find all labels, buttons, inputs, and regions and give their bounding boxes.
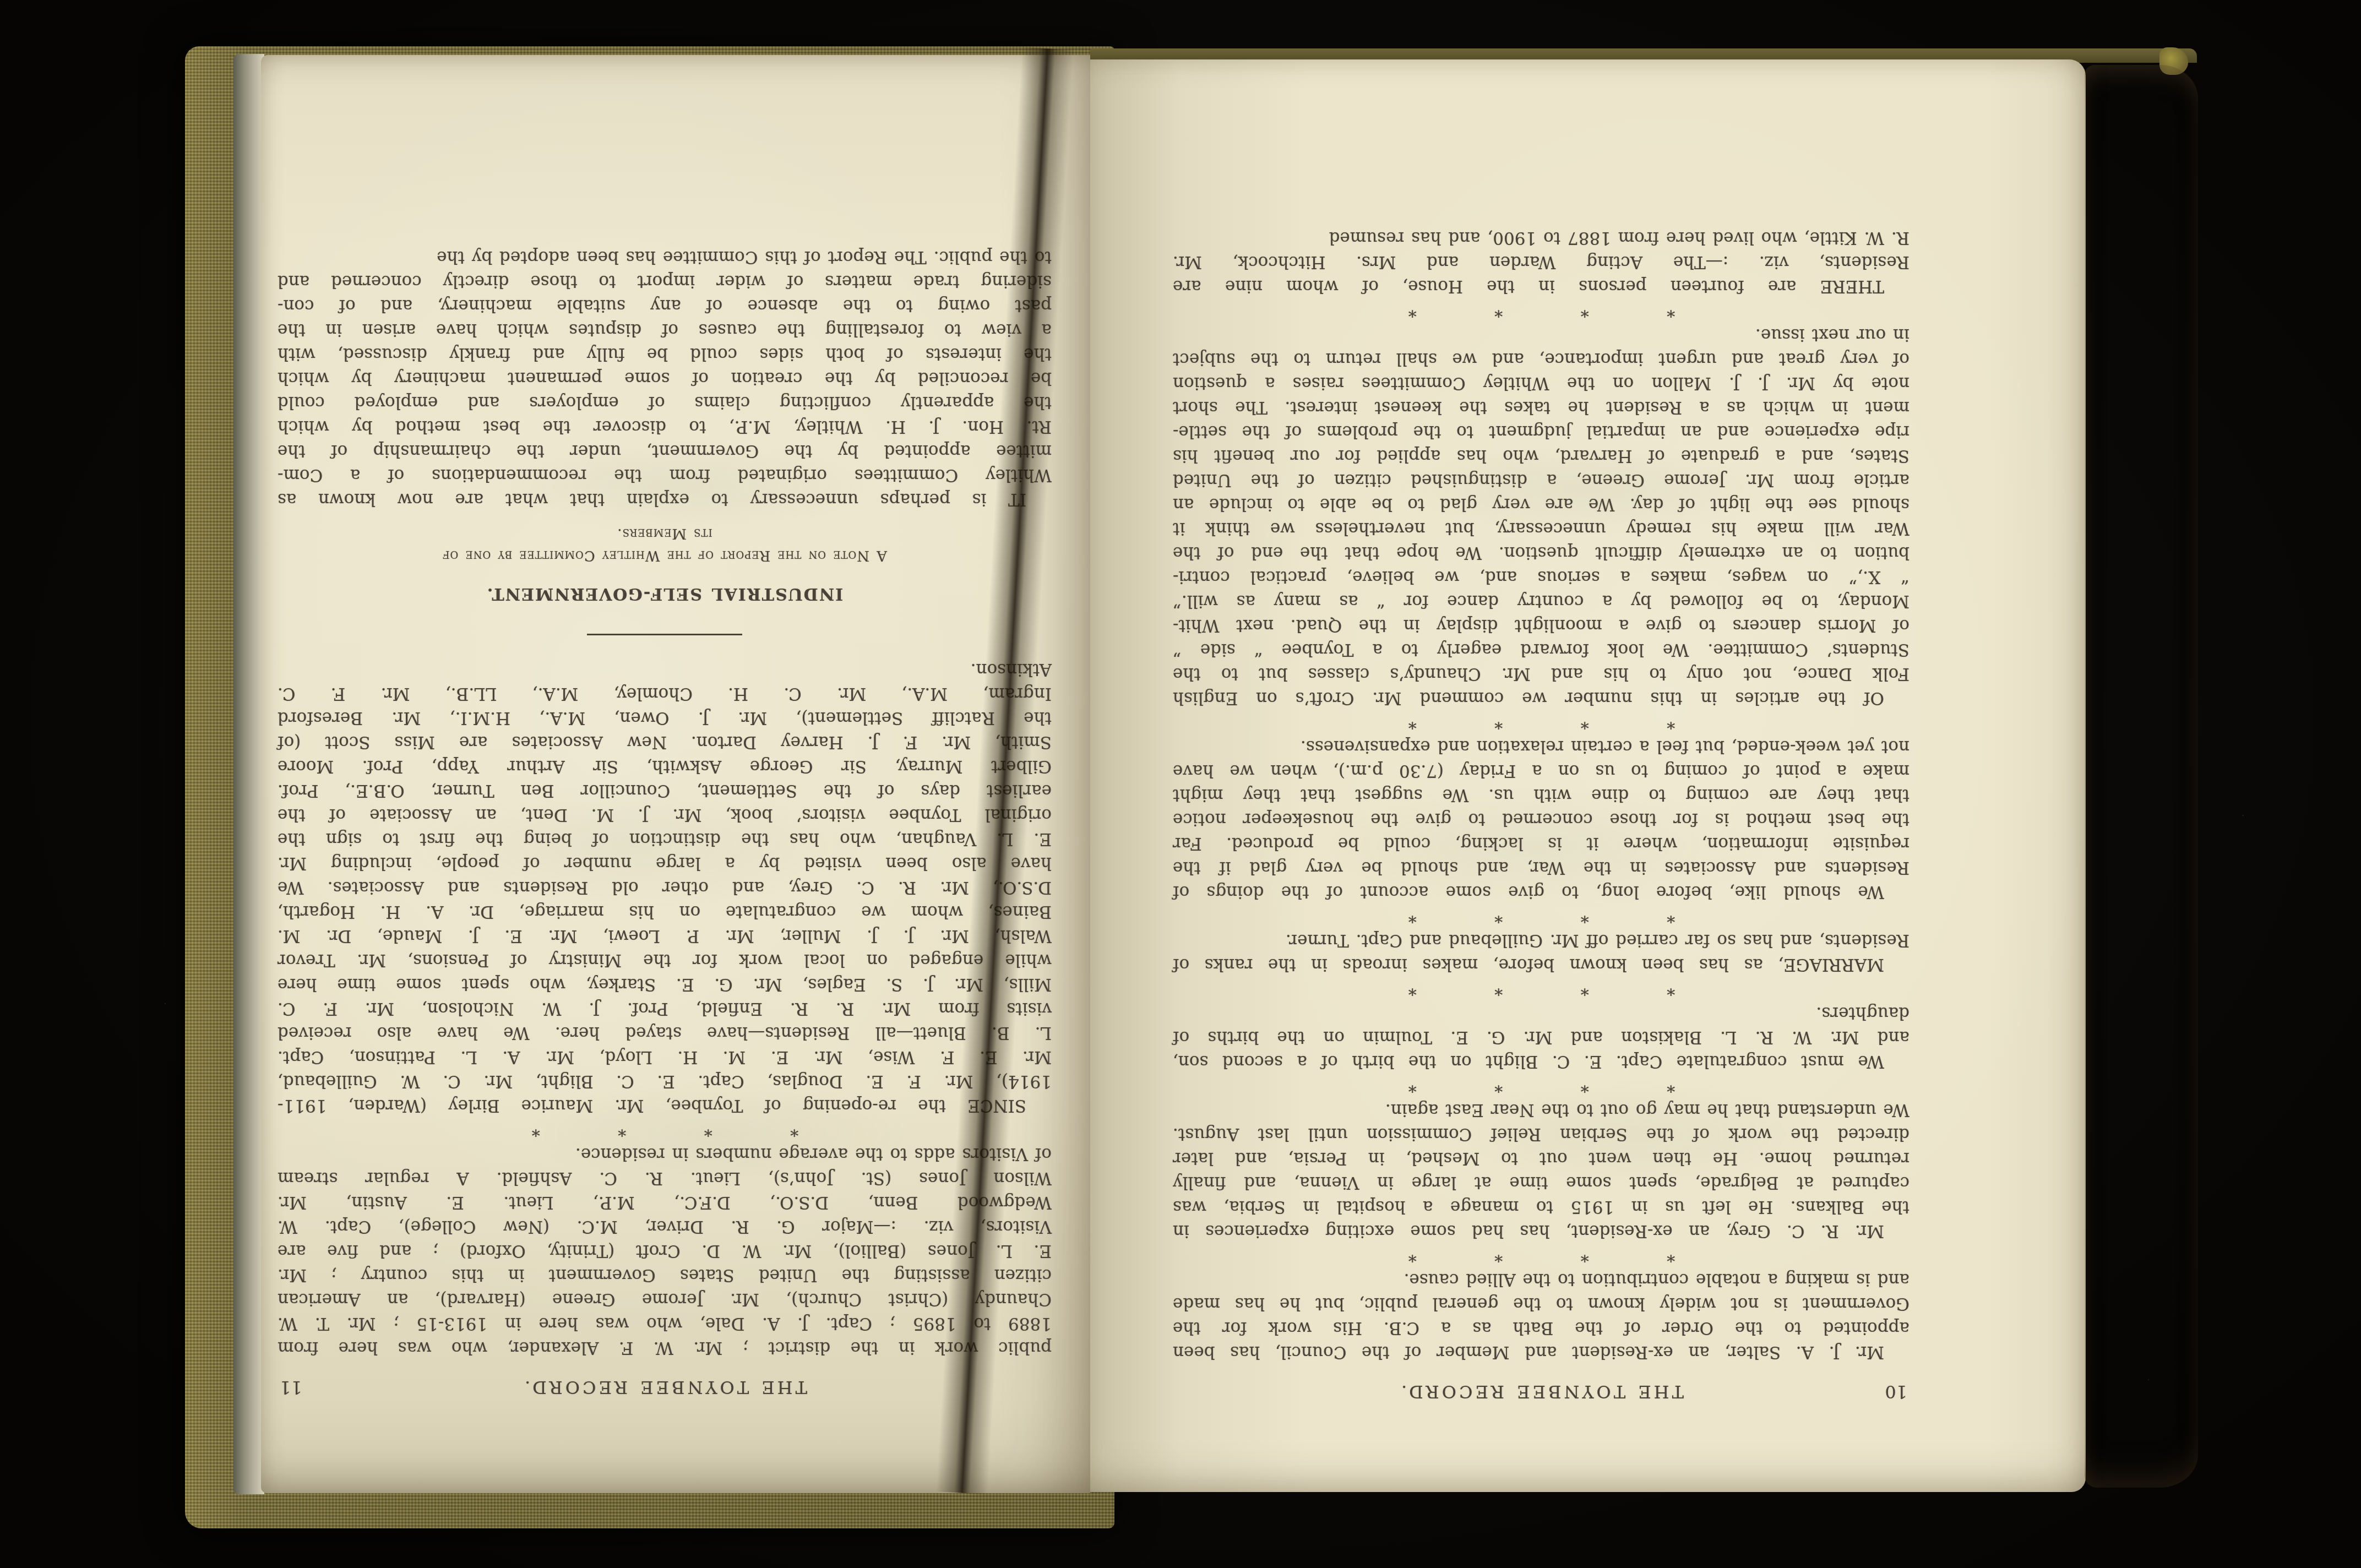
page-11: THE TOYNBEE RECORD. 11 public work in th… (261, 55, 1090, 1493)
page-11-content: THE TOYNBEE RECORD. 11 public work in th… (261, 55, 1090, 1493)
text-line: Mr. E. F. Wise, Mr. E. M. H. Lloyd, Mr. … (278, 1045, 1052, 1069)
text-line: in our next issue. (1173, 323, 1910, 347)
text-line: Mr. J. A. Salter, an ex-Resident and Mem… (1173, 1340, 1910, 1364)
text-line: We must congratulate Capt. E. C. Blight … (1173, 1049, 1910, 1074)
text-line: Atkinson. (278, 657, 1052, 682)
text-line: Residents and Associates in the War, and… (1173, 856, 1910, 880)
text-line: D.S.O., Mr. R. C. Grey, and other old Re… (278, 875, 1052, 900)
text-line: 1889 to 1895 ; Capt. J. A. Dale, who was… (278, 1311, 1052, 1336)
text-line: R. W. Kittle, who lived here from 1887 t… (1173, 226, 1910, 250)
text-line: of very great and urgent importance, and… (1173, 347, 1910, 371)
journal-title: THE TOYNBEE RECORD. (1173, 1380, 1910, 1404)
text-line: note by Mr. J. J. Mallon on the Whitley … (1173, 371, 1910, 395)
text-line: Residents, and has so far carried off Mr… (1173, 928, 1910, 952)
text-line: past owing to the absence of any suitabl… (278, 293, 1052, 318)
text-line: Ingram, M.A., Mr. C. H. Chomley, M.A., L… (278, 682, 1052, 706)
paragraph: Mr. J. A. Salter, an ex-Resident and Mem… (1173, 1267, 1910, 1364)
page-10: THE TOYNBEE RECORD. 10 Mr. J. A. Salter,… (1090, 59, 2086, 1492)
text-line: directed the work of the Serbian Relief … (1173, 1122, 1910, 1146)
paragraph: MARRIAGE, as has been known before, make… (1173, 928, 1910, 977)
text-line: daughters. (1173, 1001, 1910, 1025)
text-line: citizen assisting the United States Gove… (278, 1263, 1052, 1287)
paragraph: SINCE the re-opening of Toynbee, Mr. Mau… (278, 657, 1052, 1118)
text-line: We understand that he may go out to the … (1173, 1098, 1910, 1122)
text-line: Folk Dance, not only to his and Mr. Chau… (1173, 662, 1910, 686)
paragraph: We must congratulate Capt. E. C. Blight … (1173, 1001, 1910, 1074)
text-line: appointed to the Order of the Bath as a … (1173, 1316, 1910, 1340)
text-line: MARRIAGE, as has been known before, make… (1173, 952, 1910, 977)
section-separator-stars: * * * * (1173, 977, 1910, 1001)
text-line: the Ratcliff Settlement), Mr. J. Owen, M… (278, 706, 1052, 730)
subtitle-line: A Note on the Report of the Whitley Comm… (278, 545, 1052, 567)
text-line: the apparently conflicting claims of emp… (278, 390, 1052, 415)
paragraph: THERE are fourteen persons in the House,… (1173, 226, 1910, 298)
running-header: THE TOYNBEE RECORD. 11 (278, 1374, 1052, 1400)
text-line: “ X.,” on wages, makes a serious and, we… (1173, 565, 1910, 589)
text-line: SINCE the re-opening of Toynbee, Mr. Mau… (278, 1093, 1052, 1118)
running-header: THE TOYNBEE RECORD. 10 (1173, 1379, 1910, 1404)
page-number: 10 (1885, 1380, 1907, 1404)
text-line: Gilbert Murray, Sir George Askwith, Sir … (278, 754, 1052, 778)
text-line: sidering trade matters of wider import t… (278, 269, 1052, 293)
section-rule (587, 634, 742, 635)
text-line: the best method is for those concerned t… (1173, 807, 1910, 831)
text-line: Students’ Committee. We look forward eag… (1173, 638, 1910, 662)
text-line: 1914), Mr. F. E. Douglas, Capt. E. C. Bl… (278, 1069, 1052, 1093)
text-line: article from Mr. Jerome Greene, a distin… (1173, 468, 1910, 492)
text-line: Monday, to be followed by a country danc… (1173, 589, 1910, 613)
text-line: Wedgwood Benn, D.S.O., D.F.C., M.P., Lie… (278, 1190, 1052, 1215)
text-line: E. L. Vaughan, who has the distinction o… (278, 827, 1052, 851)
text-line: earliest days of the Settlement, Council… (278, 778, 1052, 803)
text-line: IT is perhaps unnecessary to explain tha… (278, 487, 1052, 511)
text-line: Baines, whom we congratulate on his marr… (278, 900, 1052, 924)
text-line: E. L. Jones (Balliol), Mr. W. D. Croft (… (278, 1239, 1052, 1263)
section-separator-stars: * * * * (1173, 298, 1910, 323)
text-line: L. B. Bluett—all Residents—have stayed h… (278, 1021, 1052, 1045)
text-line: that they are coming to dine with us. We… (1173, 783, 1910, 807)
text-line: public work in the district ; Mr. W. F. … (278, 1336, 1052, 1360)
text-line: Mills, Mr. J. S. Eagles, Mr. G. E. Stark… (278, 972, 1052, 997)
text-line: States, and a graduate of Harvard, who h… (1173, 444, 1910, 468)
left-page-edges (233, 54, 264, 1494)
paragraph: We should like, before long, to give som… (1173, 734, 1910, 904)
text-line: Residents, viz. :—The Acting Warden and … (1173, 250, 1910, 274)
text-line: be reconciled by the creation of some pe… (278, 366, 1052, 390)
text-line: Walsh, Mr. J. J. Muller, Mr. P. Loewi, M… (278, 924, 1052, 948)
text-line: visits from Mr. R. R. Enfield, Prof. J. … (278, 997, 1052, 1021)
text-line: make a point of coming to us on a Friday… (1173, 759, 1910, 783)
section-separator-stars: * * * * (278, 1118, 1052, 1142)
text-line: mittee appointed by the Government, unde… (278, 439, 1052, 463)
text-line: a view to forestalling the causes of dis… (278, 318, 1052, 342)
text-line: War will make his remedy unnecessary, bu… (1173, 516, 1910, 541)
text-line: of Morris dancers to give a moonlight di… (1173, 613, 1910, 638)
page-number: 11 (280, 1375, 302, 1400)
article-title: INDUSTRIAL SELF-GOVERNMENT. (278, 579, 1052, 608)
text-line: Chaundy (Christ Church), Mr. Jerome Gree… (278, 1287, 1052, 1311)
paragraph: Of the articles in this number we commen… (1173, 323, 1910, 710)
article-subtitle: A Note on the Report of the Whitley Comm… (278, 522, 1052, 567)
section-separator-stars: * * * * (1173, 904, 1910, 928)
text-line: Whitley Committees originated from the r… (278, 463, 1052, 487)
text-line: Wilson Jones (St. John’s), Lieut. R. C. … (278, 1166, 1052, 1190)
section-separator-stars: * * * * (1173, 1243, 1910, 1267)
section-separator-stars: * * * * (1173, 1074, 1910, 1098)
text-line: returned home. He then went out to Meshe… (1173, 1146, 1910, 1170)
text-line: while engaged on local work for the Mini… (278, 948, 1052, 972)
text-line: have also been visited by a large number… (278, 851, 1052, 875)
paragraph: IT is perhaps unnecessary to explain tha… (278, 245, 1052, 511)
text-line: captured at Belgrade, spent some time at… (1173, 1170, 1910, 1195)
text-line: original Toynbee visitors’ book, Mr. J. … (278, 803, 1052, 827)
text-line: We should like, before long, to give som… (1173, 880, 1910, 904)
text-line: the Balkans. He left us in 1915 to manag… (1173, 1195, 1910, 1219)
text-line: and Mr. W. R. L. Blakiston and Mr. G. E.… (1173, 1025, 1910, 1049)
journal-title: THE TOYNBEE RECORD. (278, 1375, 1052, 1400)
text-line: Visitors, viz. :—Major G. R. Driver, M.C… (278, 1215, 1052, 1239)
page-10-content: THE TOYNBEE RECORD. 10 Mr. J. A. Salter,… (1090, 59, 2086, 1492)
subtitle-line: its Members. (278, 522, 1052, 545)
paragraph: Mr. R. C. Grey, an ex-Resident, has had … (1173, 1098, 1910, 1243)
text-line: ment in which as a Resident he takes the… (1173, 395, 1910, 420)
text-line: should see the light of day. We are very… (1173, 492, 1910, 516)
text-line: not yet week-ended, but feel a certain r… (1173, 734, 1910, 759)
text-line: of Visitors adds to the average numbers … (278, 1142, 1052, 1166)
page-body: Mr. J. A. Salter, an ex-Resident and Mem… (1173, 226, 1910, 1364)
text-line: requisite information, where it is lacki… (1173, 831, 1910, 856)
text-line: bution to an extremely difficult questio… (1173, 541, 1910, 565)
fore-edge-page-stack (2085, 65, 2198, 1488)
photo-backdrop: THE TOYNBEE RECORD. 11 public work in th… (0, 0, 2361, 1568)
text-line: the interests of both sides could be ful… (278, 342, 1052, 366)
section-separator-stars: * * * * (1173, 710, 1910, 734)
text-line: THERE are fourteen persons in the House,… (1173, 274, 1910, 298)
text-line: Of the articles in this number we commen… (1173, 686, 1910, 710)
page-body: public work in the district ; Mr. W. F. … (278, 245, 1052, 1360)
text-line: Mr. R. C. Grey, an ex-Resident, has had … (1173, 1219, 1910, 1243)
text-line: Government is not widely known to the ge… (1173, 1292, 1910, 1316)
paragraph: public work in the district ; Mr. W. F. … (278, 1142, 1052, 1360)
text-line: to the public. The Report of this Commit… (278, 245, 1052, 269)
text-line: ripe experience and an impartial judgmen… (1173, 420, 1910, 444)
text-line: Rt. Hon. J. H. Whitley, M.P., to discove… (278, 415, 1052, 439)
text-line: and is making a notable contribution to … (1173, 1267, 1910, 1292)
text-line: Smith, Mr. F. J. Harvey Darton. New Asso… (278, 730, 1052, 754)
